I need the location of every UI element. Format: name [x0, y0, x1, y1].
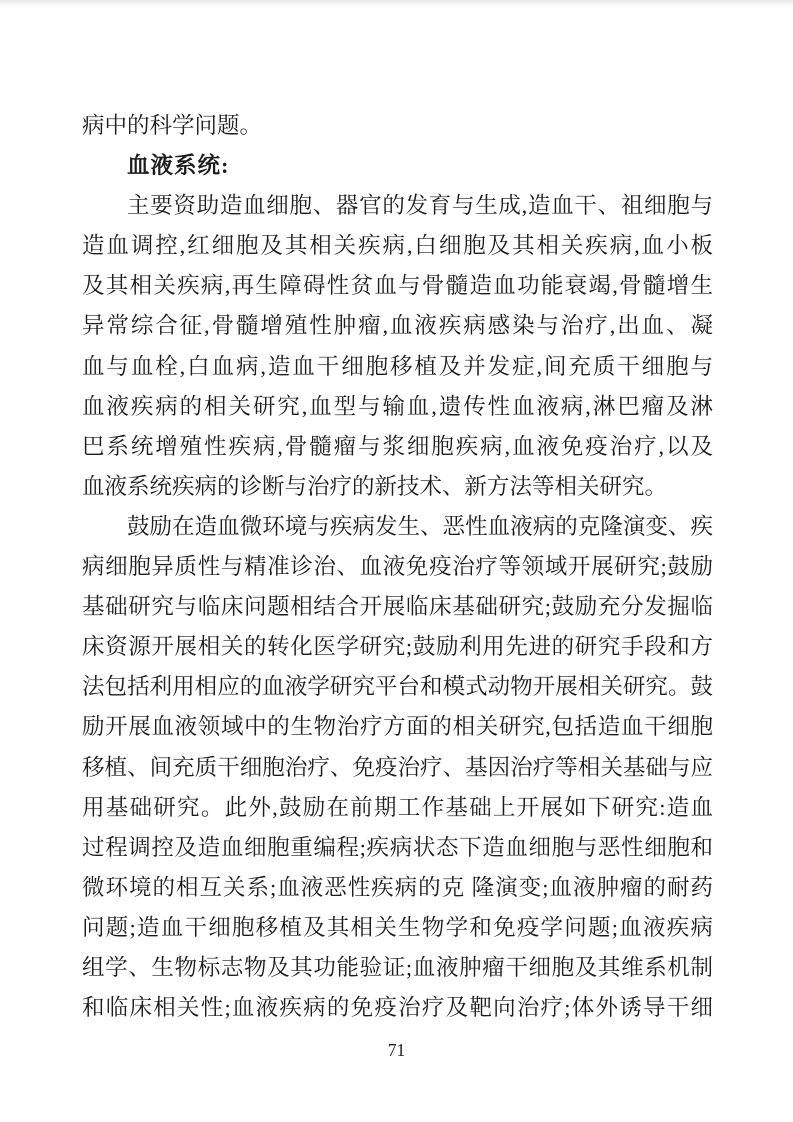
text-line: 血与血栓,白血病,造血干细胞移植及并发症,间充质干细胞与 [82, 347, 713, 387]
text-line: 巴系统增殖性疾病,骨髓瘤与浆细胞疾病,血液免疫治疗,以及 [82, 427, 713, 467]
text-line: 鼓励在造血微环境与疾病发生、恶性血液病的克隆演变、疾 [82, 507, 713, 547]
text-line: 法包括利用相应的血液学研究平台和模式动物开展相关研究。鼓 [82, 667, 713, 707]
text-line: 及其相关疾病,再生障碍性贫血与骨髓造血功能衰竭,骨髓增生 [82, 266, 713, 306]
paragraph-end-line: 血液系统疾病的诊断与治疗的新技术、新方法等相关研究。 [82, 467, 713, 507]
text-line: 移植、间充质干细胞治疗、免疫治疗、基因治疗等相关基础与应 [82, 748, 713, 788]
text-line: 和临床相关性;血液疾病的免疫治疗及靶向治疗;体外诱导干细 [82, 988, 713, 1028]
text-line: 血液疾病的相关研究,血型与输血,遗传性血液病,淋巴瘤及淋 [82, 387, 713, 427]
text-line: 病细胞异质性与精准诊治、血液免疫治疗等领域开展研究;鼓励 [82, 547, 713, 587]
text-line: 基础研究与临床问题相结合开展临床基础研究;鼓励充分发掘临 [82, 587, 713, 627]
text-line: 励开展血液领域中的生物治疗方面的相关研究,包括造血干细胞 [82, 707, 713, 747]
text-line: 床资源开展相关的转化医学研究;鼓励利用先进的研究手段和方 [82, 627, 713, 667]
text-line: 用基础研究。此外,鼓励在前期工作基础上开展如下研究:造血 [82, 788, 713, 828]
section-heading: 血液系统: [82, 146, 713, 186]
text-line: 异常综合征,骨髓增殖性肿瘤,血液疾病感染与治疗,出血、凝 [82, 306, 713, 346]
page-number: 71 [0, 1036, 793, 1064]
scan-edge-shadow [0, 0, 793, 7]
text-line: 过程调控及造血细胞重编程;疾病状态下造血细胞与恶性细胞和 [82, 828, 713, 868]
text-line: 造血调控,红细胞及其相关疾病,白细胞及其相关疾病,血小板 [82, 226, 713, 266]
document-page: 病中的科学问题。 血液系统: 主要资助造血细胞、器官的发育与生成,造血干、祖细胞… [0, 0, 793, 1122]
document-body: 病中的科学问题。 血液系统: 主要资助造血细胞、器官的发育与生成,造血干、祖细胞… [82, 106, 713, 1028]
text-line: 组学、生物标志物及其功能验证;血液肿瘤干细胞及其维系机制 [82, 948, 713, 988]
text-line: 主要资助造血细胞、器官的发育与生成,造血干、祖细胞与 [82, 186, 713, 226]
text-line: 问题;造血干细胞移植及其相关生物学和免疫学问题;血液疾病 [82, 908, 713, 948]
text-line: 微环境的相互关系;血液恶性疾病的克 隆演变;血液肿瘤的耐药 [82, 868, 713, 908]
paragraph-tail-line: 病中的科学问题。 [82, 106, 713, 146]
